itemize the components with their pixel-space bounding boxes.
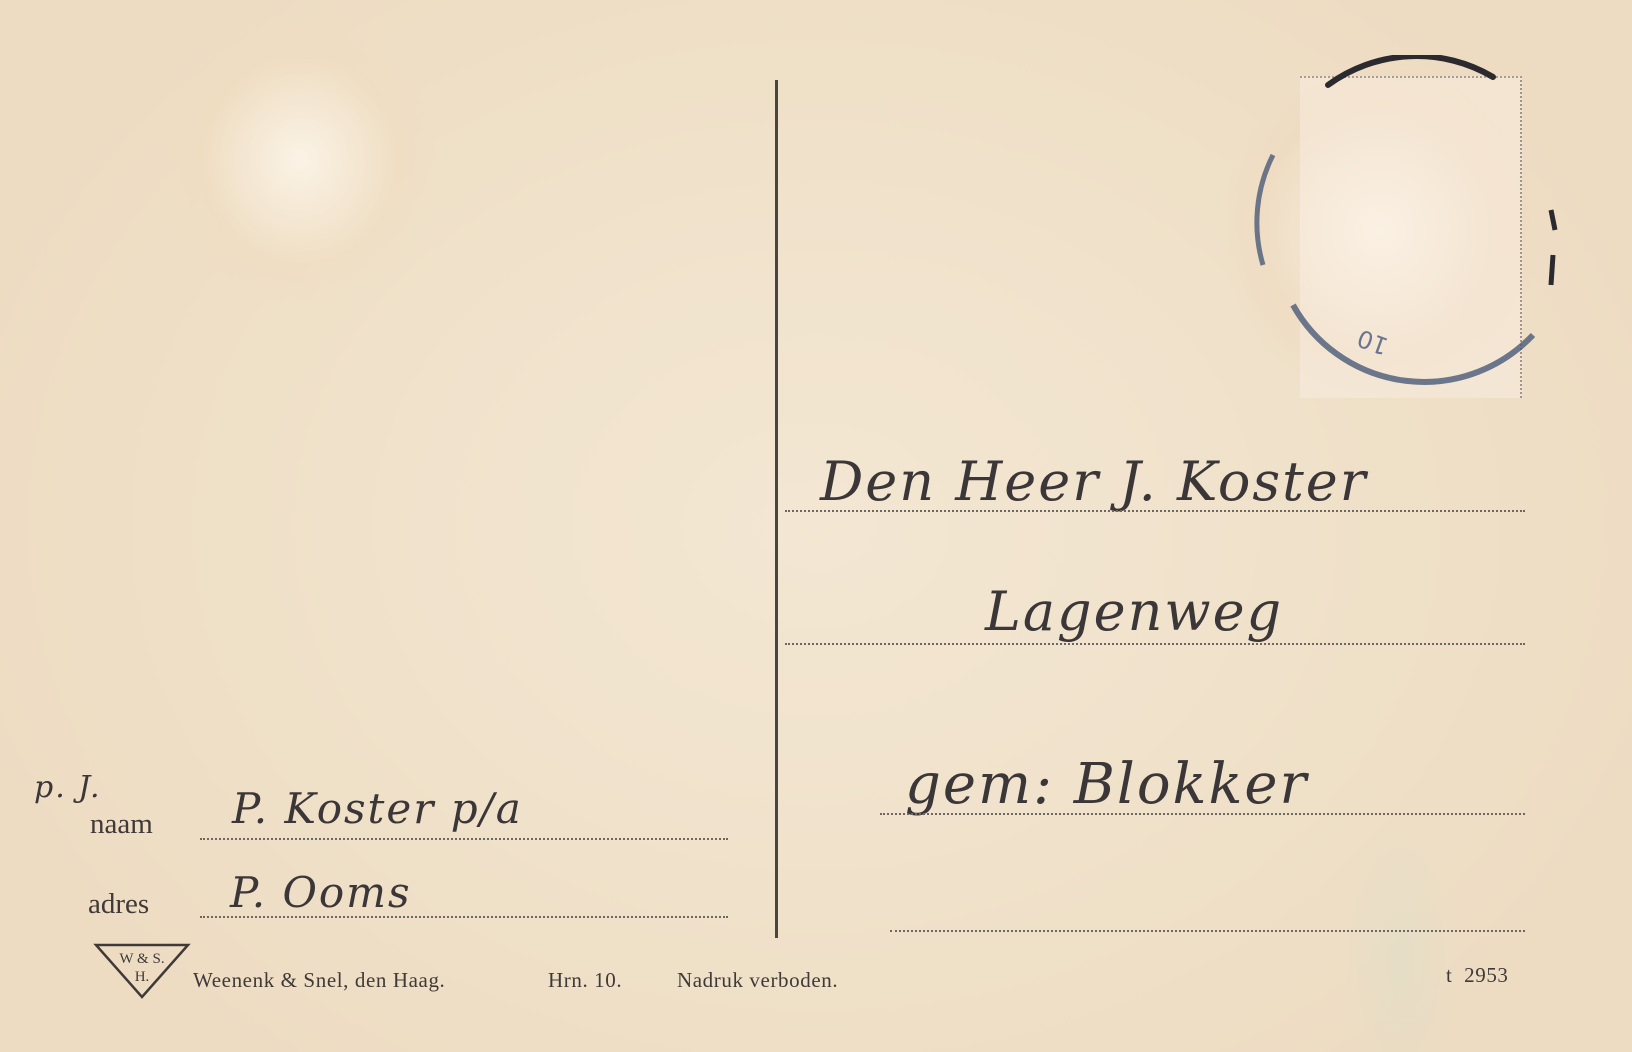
svg-text:H.: H. <box>135 969 150 985</box>
recipient-dotted-line-4 <box>890 930 1525 932</box>
center-divider-line <box>775 80 778 938</box>
address-label: adres <box>88 888 149 921</box>
recipient-dotted-line-2 <box>785 643 1525 645</box>
catalog-number: t 2953 <box>1446 963 1509 988</box>
sender-address: P. Ooms <box>230 868 412 917</box>
postmark-icon: 10 <box>1233 55 1578 400</box>
recipient-dotted-line-1 <box>785 510 1525 512</box>
name-label: naam <box>90 808 153 841</box>
sender-annotation: p. J. <box>34 770 102 805</box>
svg-text:W & S.: W & S. <box>119 951 164 967</box>
postmark-text: 10 <box>1354 324 1392 361</box>
publisher-name: Weenenk & Snel, den Haag. <box>193 968 445 993</box>
address-dotted-line <box>200 916 728 918</box>
publisher-logo-icon: W & S. H. <box>92 943 192 999</box>
sender-name: P. Koster p/a <box>232 784 523 833</box>
recipient-line-2: Lagenweg <box>985 580 1283 643</box>
recipient-line-1: Den Heer J. Koster <box>820 450 1368 513</box>
copyright-notice: Nadruk verboden. <box>677 968 838 993</box>
postcard-back: 10 p. J. naam P. Koster p/a adres P. Oom… <box>0 0 1632 1052</box>
recipient-line-3: gem: Blokker <box>905 752 1308 817</box>
series-number: Hrn. 10. <box>548 968 622 993</box>
recipient-dotted-line-3 <box>880 813 1525 815</box>
name-dotted-line <box>200 838 728 840</box>
